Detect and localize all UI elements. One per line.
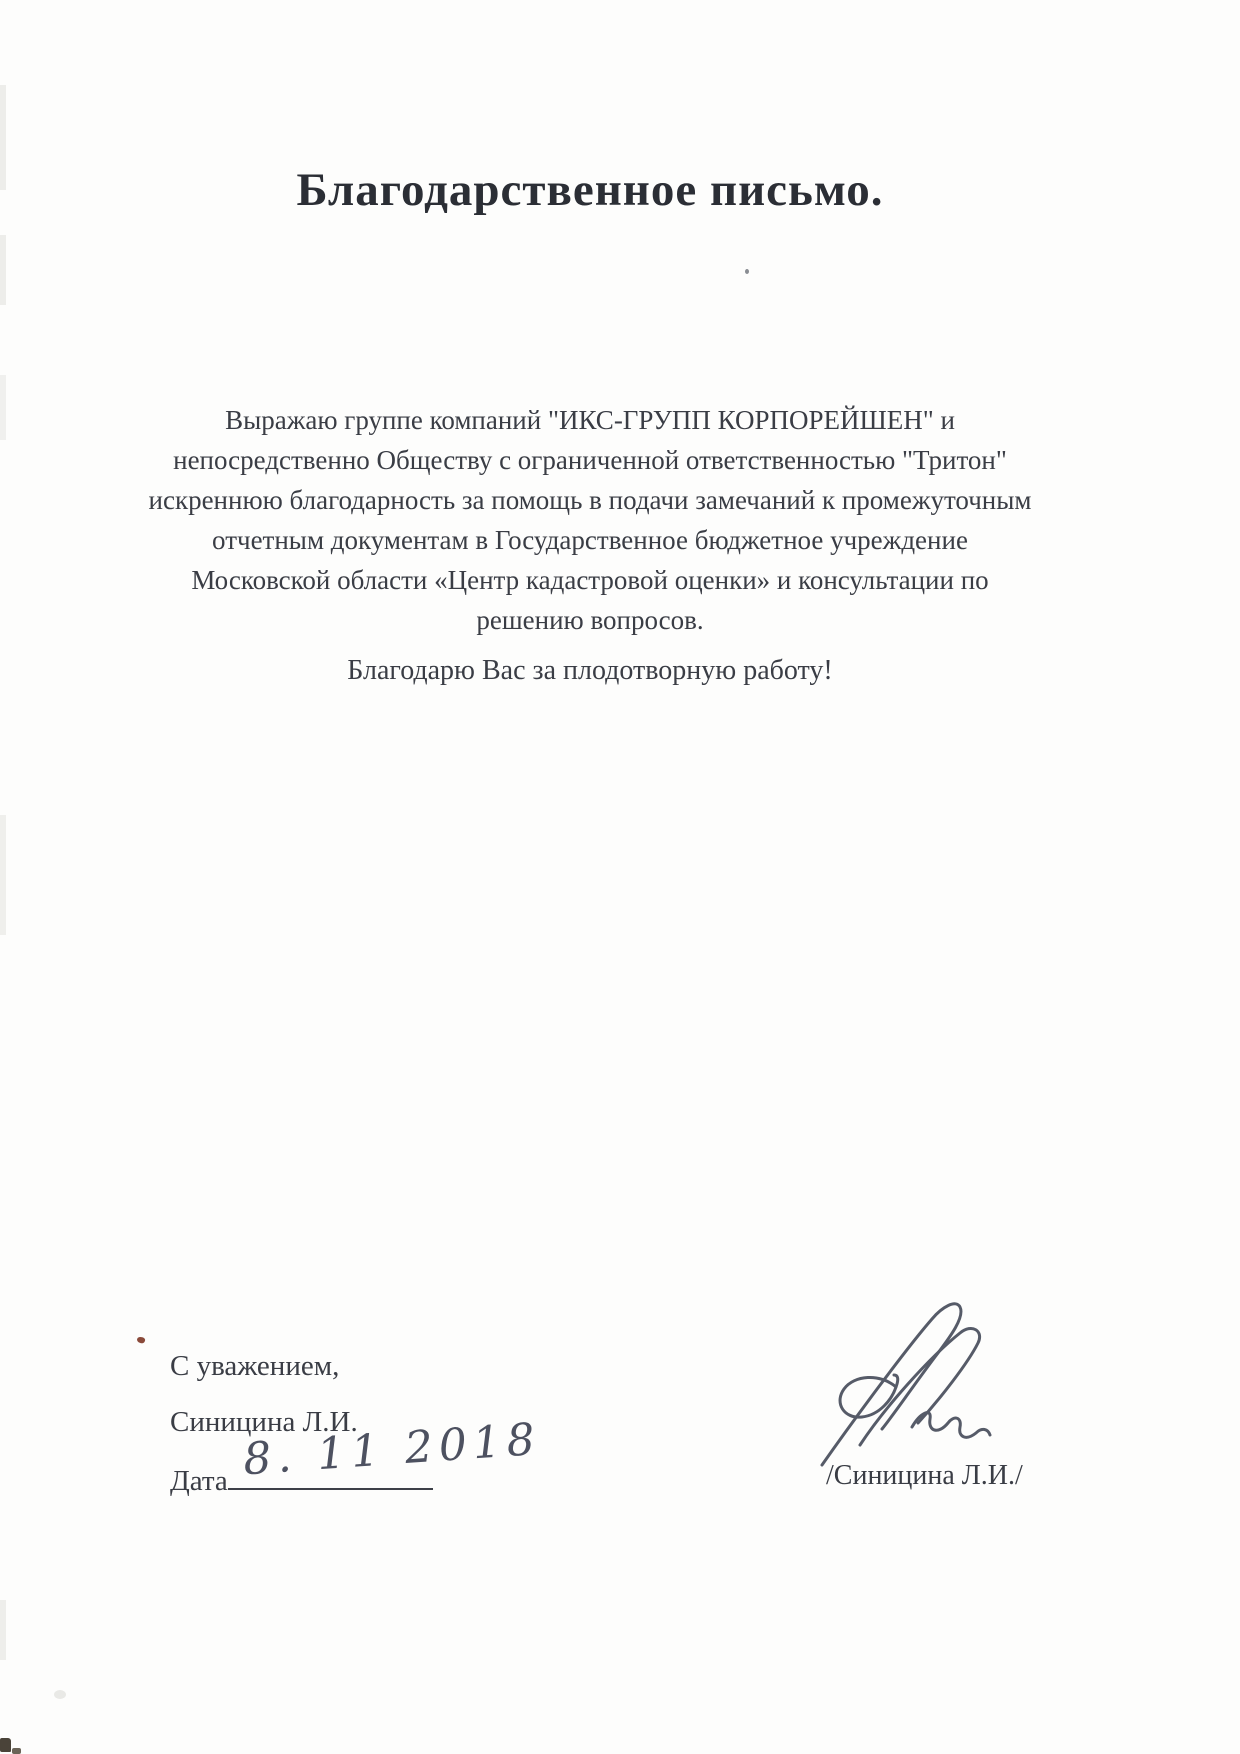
body-line: Выражаю группе компаний "ИКС-ГРУПП КОРПО… <box>20 400 1160 440</box>
body-line: решению вопросов. <box>20 600 1160 640</box>
scan-artifact <box>0 375 6 440</box>
date-label: Дата <box>170 1465 228 1497</box>
scan-artifact <box>0 85 6 190</box>
scan-speck-artifact <box>136 1336 146 1344</box>
body-line: отчетным документам в Государственное бю… <box>20 520 1160 560</box>
body-line: Московской области «Центр кадастровой оц… <box>20 560 1160 600</box>
signature-caption: /Синицина Л.И./ <box>826 1460 1023 1492</box>
scan-artifact <box>0 235 6 305</box>
scan-artifact-corner <box>12 1748 21 1754</box>
body-line: искреннюю благодарность за помощь в пода… <box>20 480 1160 520</box>
body-paragraph: Выражаю группе компаний "ИКС-ГРУПП КОРПО… <box>20 400 1160 640</box>
scan-dot-artifact <box>745 269 749 274</box>
scan-artifact-corner <box>0 1738 11 1752</box>
scan-artifact <box>54 1690 66 1699</box>
salutation: С уважением, <box>170 1350 339 1383</box>
body-line: непосредственно Обществу с ограниченной … <box>20 440 1160 480</box>
scan-artifact <box>0 815 6 935</box>
scanned-letter-page: Благодарственное письмо. Выражаю группе … <box>0 0 1240 1754</box>
handwritten-signature <box>800 1295 1010 1480</box>
document-title: Благодарственное письмо. <box>20 163 1160 217</box>
scan-artifact <box>0 1600 6 1660</box>
thanks-line: Благодарю Вас за плодотворную работу! <box>20 655 1160 687</box>
